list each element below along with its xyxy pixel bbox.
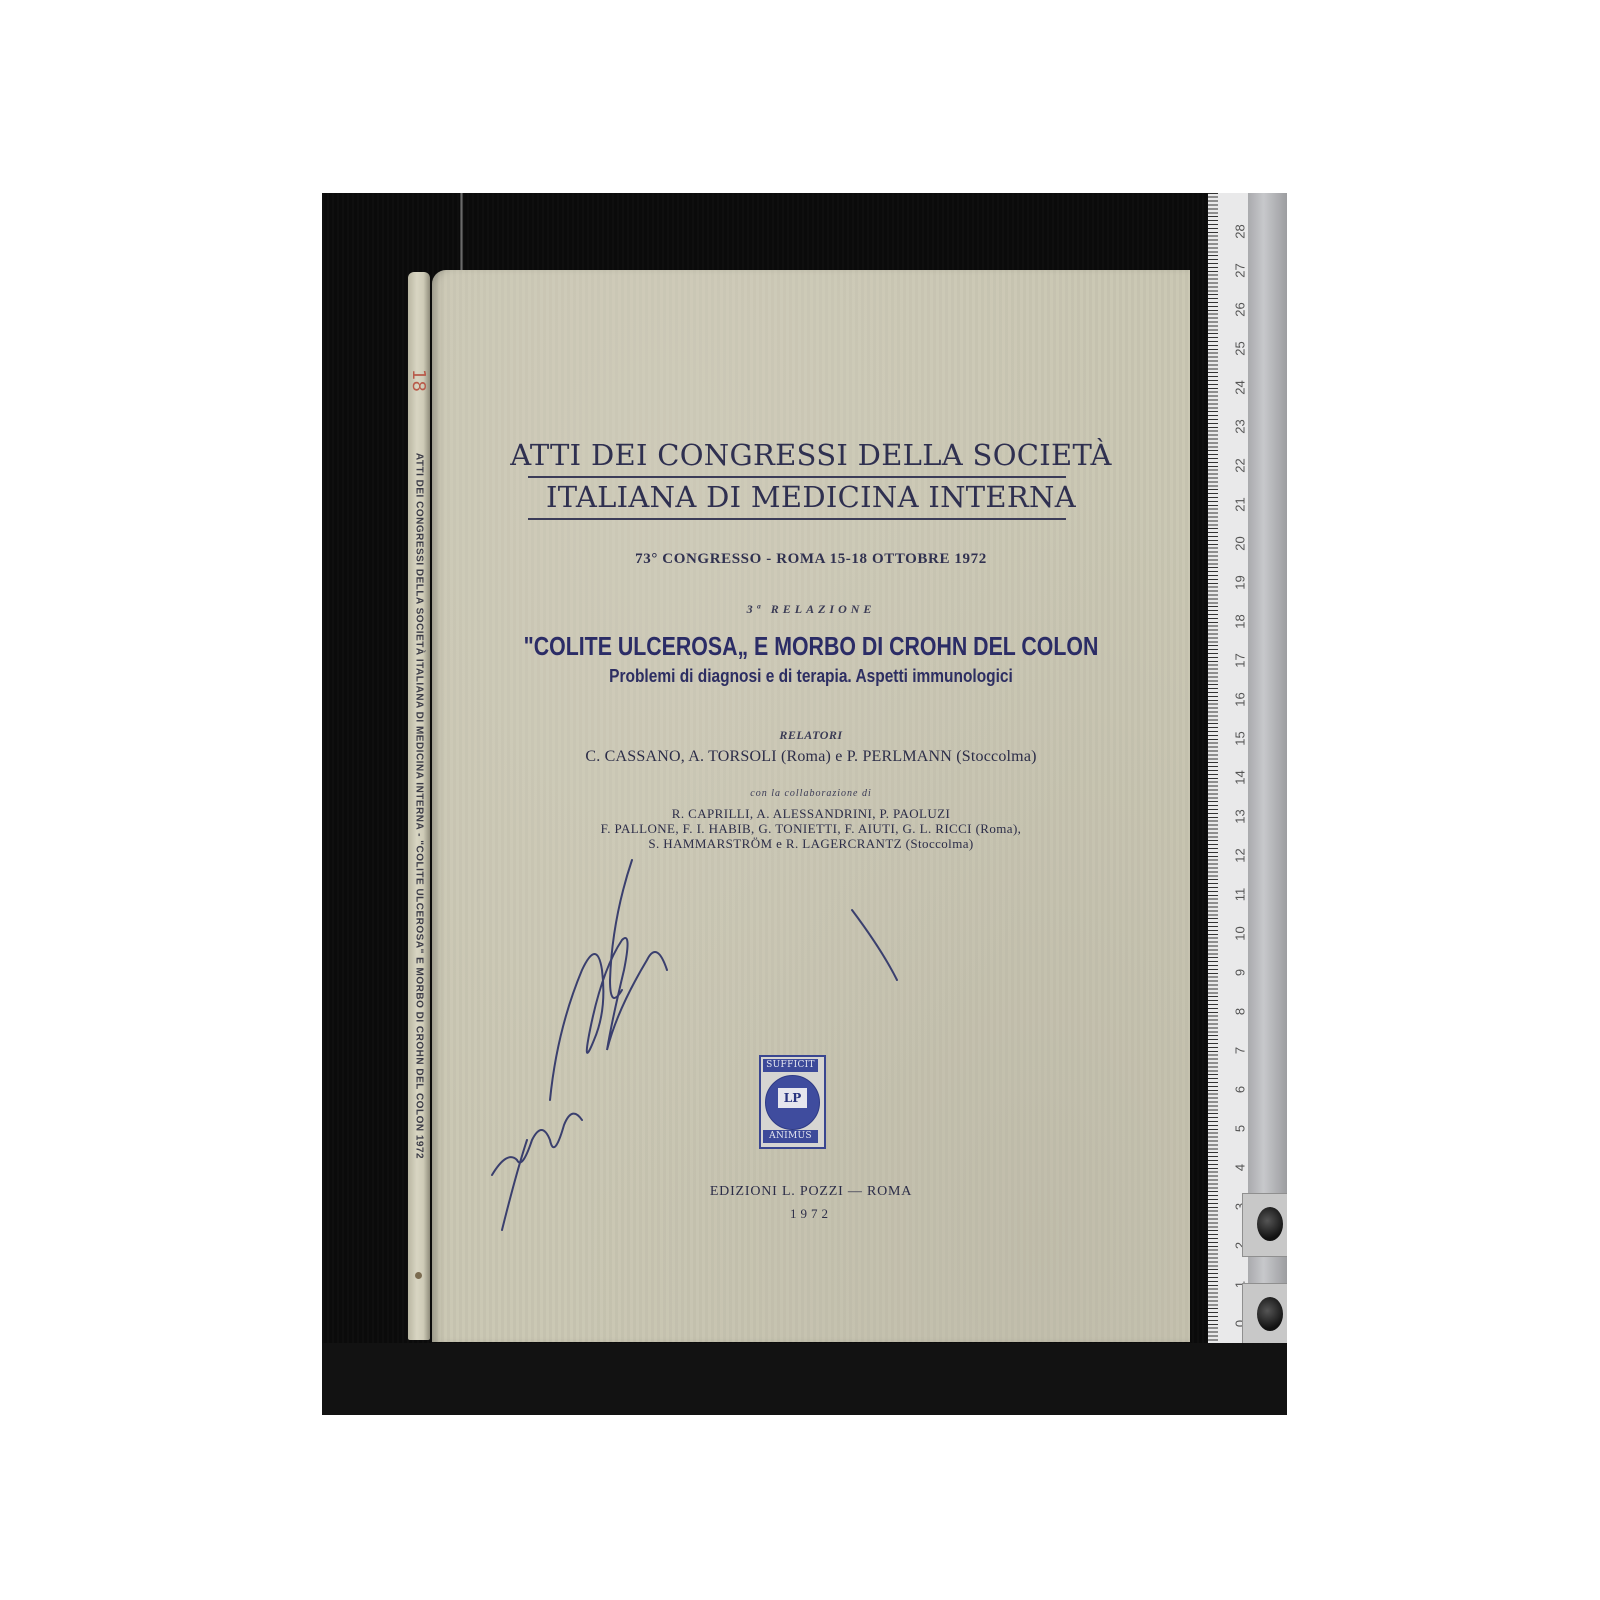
spine-handwritten-mark: 18: [405, 369, 431, 381]
ruler-label-10: 10: [1233, 924, 1248, 944]
congress-line: 73° CONGRESSO - ROMA 15-18 OTTOBRE 1972: [432, 551, 1190, 568]
ruler-label-12: 12: [1233, 846, 1248, 866]
ruler-label-21: 21: [1233, 495, 1248, 515]
logo-book-icon: LP: [778, 1088, 807, 1108]
cover-title-line2: ITALIANA DI MEDICINA INTERNA: [432, 480, 1190, 514]
logo-bottom-text: ANIMUS: [763, 1130, 818, 1143]
relazione-label: 3ª RELAZIONE: [432, 602, 1190, 617]
ruler-label-19: 19: [1233, 573, 1248, 593]
ruler-label-9: 9: [1233, 963, 1248, 983]
ruler-label-27: 27: [1233, 261, 1248, 281]
logo-top-text: SUFFICIT: [763, 1059, 818, 1072]
ruler-label-5: 5: [1233, 1119, 1248, 1139]
publisher-logo: SUFFICIT LP ANIMUS: [759, 1055, 826, 1149]
relatori-names: C. CASSANO, A. TORSOLI (Roma) e P. PERLM…: [432, 748, 1190, 766]
cover-title-line1: ATTI DEI CONGRESSI DELLA SOCIETÀ: [432, 438, 1190, 472]
ruler-label-24: 24: [1233, 378, 1248, 398]
ruler-label-15: 15: [1233, 729, 1248, 749]
ruler-label-20: 20: [1233, 534, 1248, 554]
ruler-ticks: [1208, 193, 1230, 1356]
ruler-label-22: 22: [1233, 456, 1248, 476]
collaborators-line1: R. CAPRILLI, A. ALESSANDRINI, P. PAOLUZI: [432, 806, 1190, 821]
glass-edge: [460, 193, 463, 273]
ruler-label-6: 6: [1233, 1080, 1248, 1100]
ruler-label-13: 13: [1233, 807, 1248, 827]
relatori-label: RELATORI: [432, 728, 1190, 743]
ruler-label-28: 28: [1233, 222, 1248, 242]
ruler-label-26: 26: [1233, 300, 1248, 320]
ruler-label-16: 16: [1233, 690, 1248, 710]
bolt-upper-icon: [1257, 1207, 1283, 1241]
title-rule-2: [528, 518, 1066, 520]
ruler-label-4: 4: [1233, 1158, 1248, 1178]
cover-subject: "COLITE ULCEROSA„ E MORBO DI CROHN DEL C…: [500, 631, 1122, 662]
collaboration-label: con la collaborazione di: [432, 788, 1190, 799]
measuring-ruler: 0 1 2 3 4 5 6 7 8 9 10 11 12 13 14 15 16…: [1208, 193, 1248, 1356]
title-rule-1: [528, 476, 1066, 478]
ruler-label-8: 8: [1233, 1002, 1248, 1022]
photo-frame: 18 ATTI DEI CONGRESSI DELLA SOCIETÀ ITAL…: [322, 193, 1287, 1415]
dark-base: [322, 1343, 1287, 1415]
ruler-rail: [1248, 193, 1287, 1356]
publication-year: 1972: [432, 1206, 1190, 1222]
logo-emblem: LP: [765, 1075, 820, 1130]
collaborators-line3: S. HAMMARSTRÖM e R. LAGERCRANTZ (Stoccol…: [432, 836, 1190, 851]
ruler-label-23: 23: [1233, 417, 1248, 437]
ruler-label-25: 25: [1233, 339, 1248, 359]
book-spine: 18 ATTI DEI CONGRESSI DELLA SOCIETÀ ITAL…: [408, 272, 430, 1340]
ruler-label-14: 14: [1233, 768, 1248, 788]
ruler-label-11: 11: [1233, 885, 1248, 905]
ruler-label-17: 17: [1233, 651, 1248, 671]
book-cover: ATTI DEI CONGRESSI DELLA SOCIETÀ ITALIAN…: [432, 270, 1190, 1342]
bolt-lower-icon: [1257, 1297, 1283, 1331]
cover-subtitle: Problemi di diagnosi e di terapia. Aspet…: [485, 666, 1137, 687]
spine-title: ATTI DEI CONGRESSI DELLA SOCIETÀ ITALIAN…: [414, 453, 425, 1159]
ruler-label-7: 7: [1233, 1041, 1248, 1061]
collaborators-line2: F. PALLONE, F. I. HABIB, G. TONIETTI, F.…: [432, 821, 1190, 836]
spine-dot: [415, 1272, 422, 1279]
publisher-name: EDIZIONI L. POZZI — ROMA: [432, 1184, 1190, 1200]
ruler-label-18: 18: [1233, 612, 1248, 632]
